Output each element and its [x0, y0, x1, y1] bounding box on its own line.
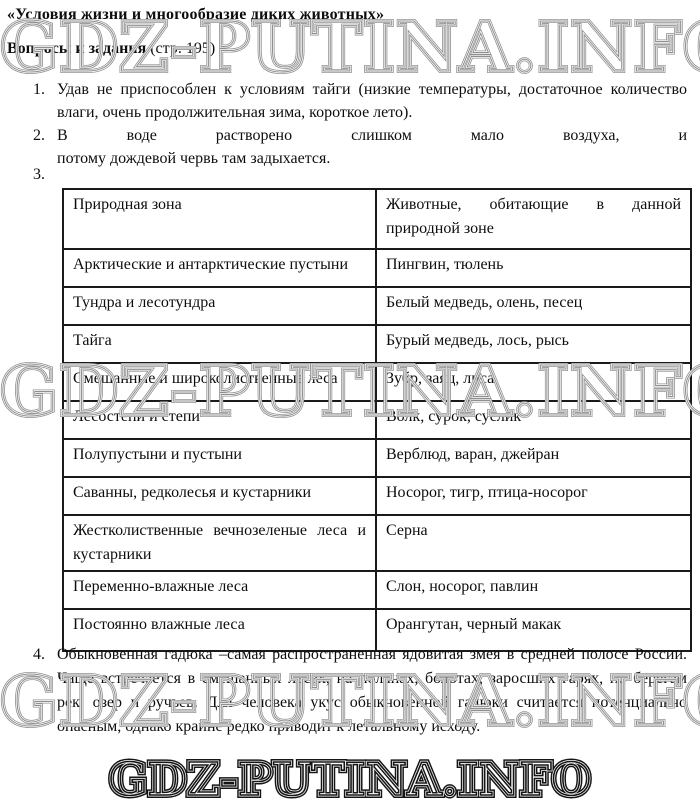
cell-animals: Носорог, тигр, птица-носорог [376, 477, 691, 515]
table-row: Лесостепи и степи Волк, сурок, суслик [63, 401, 691, 439]
cell-animals: Зубр, заяц, лиса [376, 363, 691, 401]
answer-1-text: Удав не приспособлен к условиям тайги (н… [57, 81, 687, 121]
header-cell-zone: Природная зона [63, 189, 376, 249]
header-cell-animals: Животные, обитающие в данной природной з… [376, 189, 691, 249]
cell-zone: Жестколиственные вечнозеленые леса и кус… [63, 515, 376, 571]
answer-3-number: 3. [33, 166, 45, 184]
document-page: «Условия жизни и многообразие диких живо… [0, 0, 700, 807]
cell-zone: Лесостепи и степи [63, 401, 376, 439]
answer-2-number: 2. [33, 124, 45, 147]
table-row: Тайга Бурый медведь, лось, рысь [63, 325, 691, 363]
cell-animals: Слон, носорог, павлин [376, 571, 691, 609]
cell-zone: Тайга [63, 325, 376, 363]
cell-animals: Белый медведь, олень, песец [376, 287, 691, 325]
cell-animals: Верблюд, варан, джейран [376, 439, 691, 477]
section-heading-page: (стр. 195) [146, 40, 215, 57]
cell-animals: Серна [376, 515, 691, 571]
section-heading: Вопросы и задания (стр. 195) [7, 40, 215, 58]
cell-zone: Саванны, редколесья и кустарники [63, 477, 376, 515]
answer-4-number: 4. [33, 643, 45, 667]
table-row: Саванны, редколесья и кустарники Носорог… [63, 477, 691, 515]
table-row: Смешанные и широколиственные леса Зубр, … [63, 363, 691, 401]
answer-item-2: 2. В воде растворено слишком мало воздух… [57, 124, 687, 170]
table-row: Переменно-влажные леса Слон, носорог, па… [63, 571, 691, 609]
table-row: Тундра и лесотундра Белый медведь, олень… [63, 287, 691, 325]
table-row: Жестколиственные вечнозеленые леса и кус… [63, 515, 691, 571]
cell-zone: Полупустыни и пустыни [63, 439, 376, 477]
cell-zone: Смешанные и широколиственные леса [63, 363, 376, 401]
answer-item-4: 4. Обыкновенная гадюка –самая распростра… [57, 643, 687, 739]
table-header-row: Природная зона Животные, обитающие в дан… [63, 189, 691, 249]
answer-item-1: 1. Удав не приспособлен к условиям тайги… [57, 78, 687, 124]
cell-zone: Переменно-влажные леса [63, 571, 376, 609]
answer-2-line-2: потому дождевой червь там задыхается. [57, 150, 330, 167]
table-row: Арктические и антарктические пустыни Пин… [63, 249, 691, 287]
watermark-text: GDZ-PUTINA.INFO [0, 757, 700, 802]
cell-animals: Волк, сурок, суслик [376, 401, 691, 439]
page-title: «Условия жизни и многообразие диких живо… [7, 6, 384, 24]
answer-2-line-1: В воде растворено слишком мало воздуха, … [57, 124, 687, 147]
table-row: Полупустыни и пустыни Верблюд, варан, дж… [63, 439, 691, 477]
answer-4-text: Обыкновенная гадюка –самая распространен… [57, 646, 687, 735]
watermark-bottom: GDZ-PUTINA.INFO [0, 757, 700, 802]
cell-animals: Пингвин, тюлень [376, 249, 691, 287]
cell-animals: Бурый медведь, лось, рысь [376, 325, 691, 363]
answer-1-number: 1. [33, 78, 45, 101]
cell-zone: Арктические и антарктические пустыни [63, 249, 376, 287]
zones-animals-table: Природная зона Животные, обитающие в дан… [62, 188, 692, 652]
section-heading-label: Вопросы и задания [7, 40, 146, 57]
cell-zone: Тундра и лесотундра [63, 287, 376, 325]
